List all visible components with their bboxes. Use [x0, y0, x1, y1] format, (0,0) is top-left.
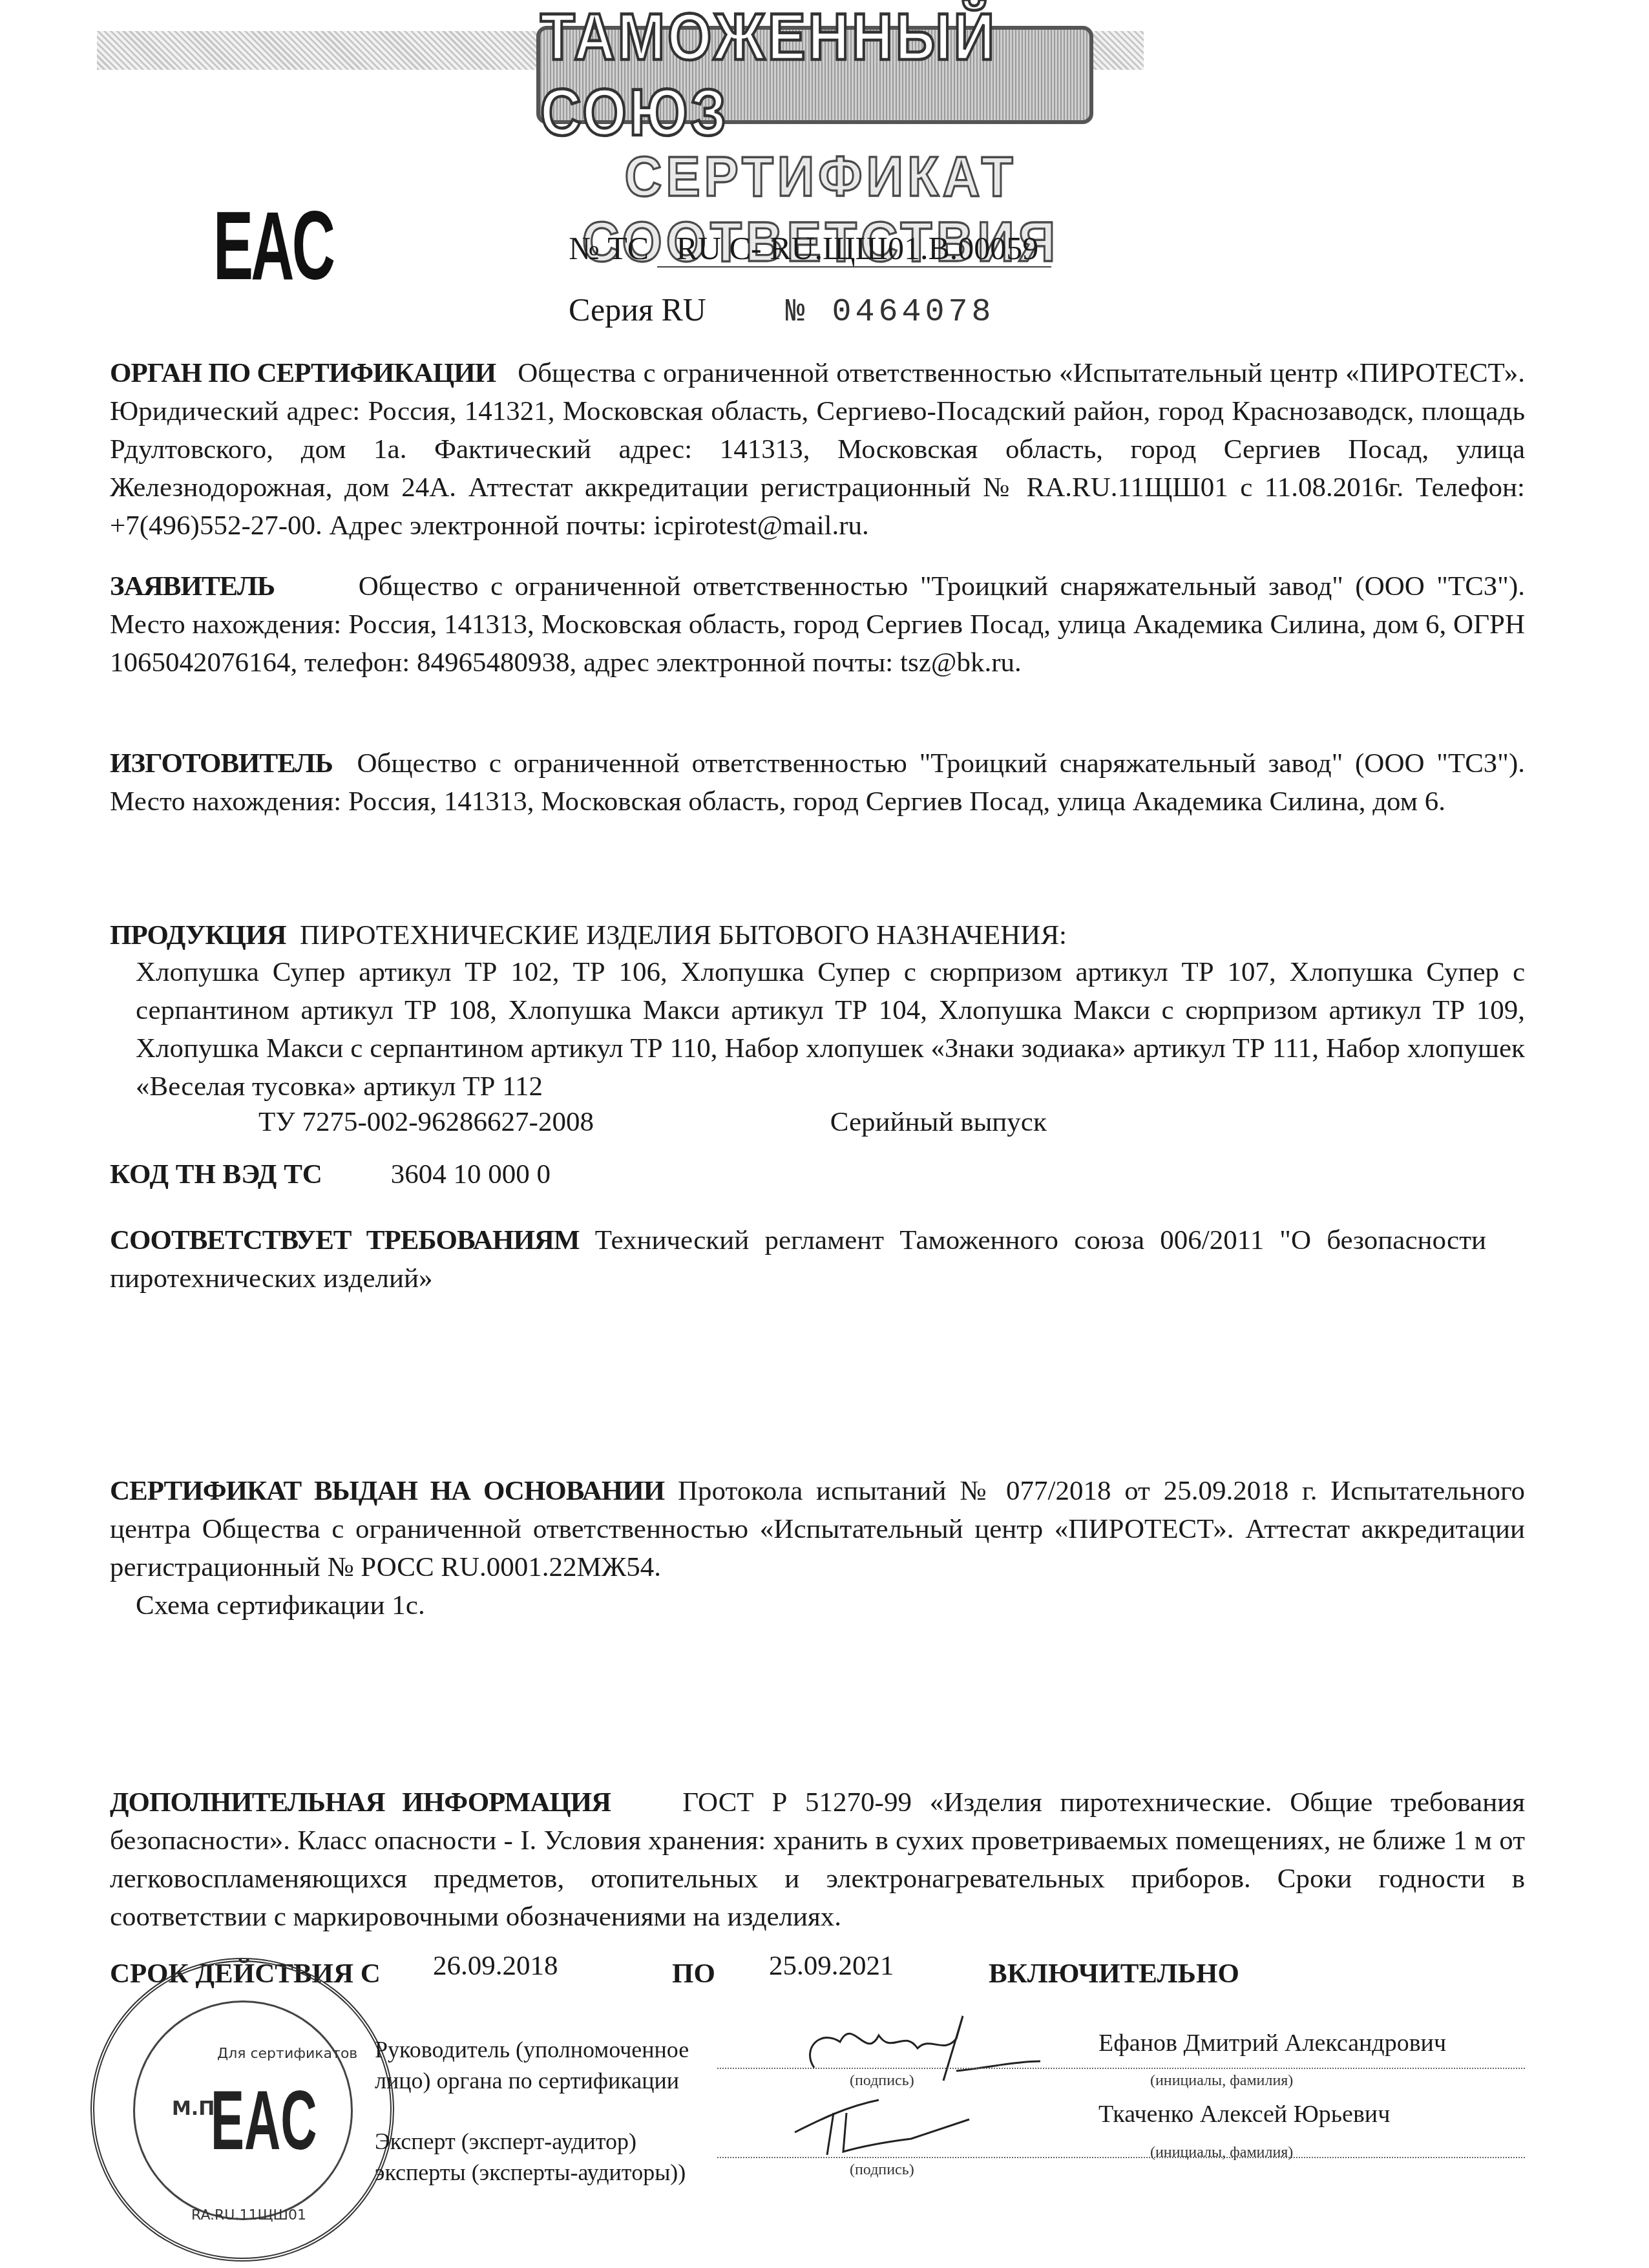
expert-name: Ткаченко Алексей Юрьевич: [1098, 2100, 1390, 2128]
head-name: Ефанов Дмитрий Александрович: [1098, 2029, 1446, 2057]
section-label: СЕРТИФИКАТ ВЫДАН НА ОСНОВАНИИ: [110, 1476, 664, 1506]
inclusive-label: ВКЛЮЧИТЕЛЬНО: [989, 1958, 1239, 1990]
section-compliance: СООТВЕТСТВУЕТ ТРЕБОВАНИЯМ Технический ре…: [110, 1221, 1486, 1297]
eac-logo-icon: EAC: [213, 197, 261, 294]
section-label: ЗАЯВИТЕЛЬ: [110, 571, 275, 602]
section-tn-ved: КОД ТН ВЭД ТС 3604 10 000 0: [110, 1159, 551, 1190]
tn-ved-code: 3604 10 000 0: [391, 1159, 551, 1190]
section-label: ОРГАН ПО СЕРТИФИКАЦИИ: [110, 358, 496, 388]
head-signature: [795, 2010, 1053, 2087]
expert-signature: [782, 2094, 976, 2158]
head-label-line-2: лицо) органа по сертификации: [375, 2065, 689, 2096]
head-signature-line: [717, 2068, 1525, 2069]
section-text: Общество с ограниченной ответственностью…: [110, 571, 1525, 678]
certification-scheme: Схема сертификации 1с.: [110, 1586, 1551, 1624]
valid-from-date: 26.09.2018: [433, 1950, 558, 1982]
customs-union-banner: ТАМОЖЕННЫЙ СОЮЗ: [536, 26, 1093, 124]
head-signature-caption: (подпись): [850, 2072, 914, 2090]
section-manufacturer: ИЗГОТОВИТЕЛЬ Общество с ограниченной отв…: [110, 744, 1525, 821]
section-additional-info: ДОПОЛНИТЕЛЬНАЯ ИНФОРМАЦИЯ ГОСТ Р 51270-9…: [110, 1783, 1525, 1936]
production-type: Серийный выпуск: [830, 1107, 1047, 1137]
product-list: Хлопушка Супер артикул ТР 102, ТР 106, Х…: [110, 953, 1525, 1106]
stamp-center-text: Для сертификатов: [217, 2046, 357, 2062]
head-label-line-1: Руководитель (уполномоченное: [375, 2034, 689, 2065]
official-stamp: Для сертификатов М.П. EAC RA.RU.11ЩШ01: [90, 1958, 394, 2262]
series-row: Серия RU № 0464078: [569, 291, 994, 331]
section-product: ПРОДУКЦИЯ ПИРОТЕХНИЧЕСКИЕ ИЗДЕЛИЯ БЫТОВО…: [110, 916, 1525, 954]
valid-to-label: ПО: [672, 1958, 715, 1990]
expert-name-caption: (инициалы, фамилия): [1150, 2144, 1293, 2161]
section-label: ПРОДУКЦИЯ: [110, 920, 286, 950]
expert-signature-line: [717, 2157, 1525, 2158]
stamp-bottom-text: RA.RU.11ЩШ01: [191, 2207, 306, 2223]
head-label: Руководитель (уполномоченное лицо) орган…: [375, 2034, 689, 2096]
section-label: КОД ТН ВЭД ТС: [110, 1159, 322, 1190]
blank-number: № 0464078: [785, 294, 994, 331]
section-basis: СЕРТИФИКАТ ВЫДАН НА ОСНОВАНИИ Протокола …: [110, 1472, 1525, 1586]
certificate-number: № ТС RU C- RU.ЩШ01.В.00059: [569, 229, 1051, 267]
expert-label: Эксперт (эксперт-аудитор) эксперты (эксп…: [375, 2126, 686, 2188]
blank-number-label: №: [785, 294, 808, 331]
expert-label-line-2: эксперты (эксперты-аудиторы)): [375, 2157, 686, 2188]
head-name-caption: (инициалы, фамилия): [1150, 2072, 1293, 2090]
series-value: RU: [661, 291, 706, 328]
certificate-number-value: RU C- RU.ЩШ01.В.00059: [657, 230, 1052, 268]
customs-union-text: ТАМОЖЕННЫЙ СОЮЗ: [540, 0, 1089, 151]
expert-signature-caption: (подпись): [850, 2161, 914, 2179]
section-label: ДОПОЛНИТЕЛЬНАЯ ИНФОРМАЦИЯ: [110, 1787, 611, 1818]
product-heading: ПИРОТЕХНИЧЕСКИЕ ИЗДЕЛИЯ БЫТОВОГО НАЗНАЧЕ…: [300, 920, 1067, 950]
blank-number-value: 0464078: [832, 294, 994, 331]
section-label: СООТВЕТСТВУЕТ ТРЕБОВАНИЯМ: [110, 1225, 580, 1255]
series-label: Серия: [569, 291, 653, 328]
section-certification-body: ОРГАН ПО СЕРТИФИКАЦИИ Общества с огранич…: [110, 354, 1525, 545]
section-label: ИЗГОТОВИТЕЛЬ: [110, 748, 333, 779]
product-spec-row: ТУ 7275-002-96286627-2008 Серийный выпус…: [258, 1106, 1047, 1138]
technical-conditions: ТУ 7275-002-96286627-2008: [258, 1107, 594, 1137]
stamp-eac-icon: EAC: [211, 2072, 317, 2168]
expert-label-line-1: Эксперт (эксперт-аудитор): [375, 2126, 686, 2157]
section-applicant: ЗАЯВИТЕЛЬ Общество с ограниченной ответс…: [110, 567, 1525, 682]
certificate-number-label: № ТС: [569, 230, 649, 266]
valid-to-date: 25.09.2021: [769, 1950, 894, 1982]
